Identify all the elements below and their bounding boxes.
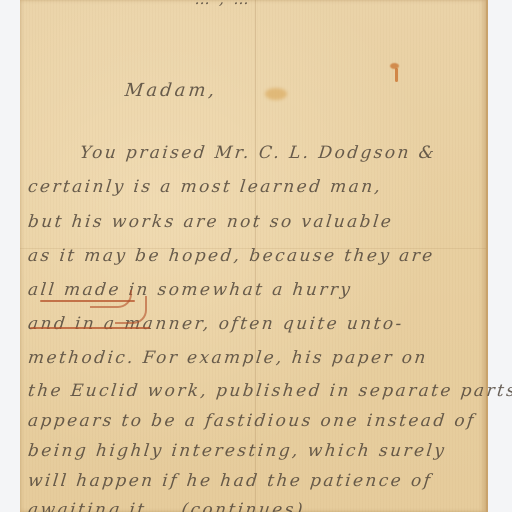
- salutation: Madam,: [124, 80, 218, 101]
- letter-line-12: awaiting it … (continues): [27, 500, 306, 512]
- letter-line-6: and in a manner, often quite unto-: [27, 314, 405, 334]
- header-fragment: … , …: [194, 0, 252, 8]
- red-underline-annotation: [30, 327, 150, 329]
- letter-line-1: You praised Mr. C. L. Dodgson &: [79, 143, 437, 163]
- stain-mark: [395, 68, 398, 82]
- letter-line-10: being highly interesting, which surely: [27, 441, 447, 461]
- letter-line-8: the Euclid work, published in separate p…: [27, 381, 512, 401]
- letter-line-5: all made in somewhat a hurry: [27, 280, 353, 300]
- letter-line-7: methodic. For example, his paper on: [27, 348, 429, 368]
- stain-mark: [265, 88, 287, 100]
- letter-paper: … , … Madam, You praised Mr. C. L. Dodgs…: [20, 0, 488, 512]
- letter-line-11: will happen if he had the patience of: [27, 471, 433, 491]
- red-arc-annotation: [115, 296, 147, 324]
- letter-line-3: but his works are not so valuable: [27, 212, 394, 232]
- letter-line-4: as it may be hoped, because they are: [27, 246, 436, 266]
- letter-line-9: appears to be a fastidious one instead o…: [27, 411, 477, 431]
- letter-line-2: certainly is a most learned man,: [27, 177, 383, 197]
